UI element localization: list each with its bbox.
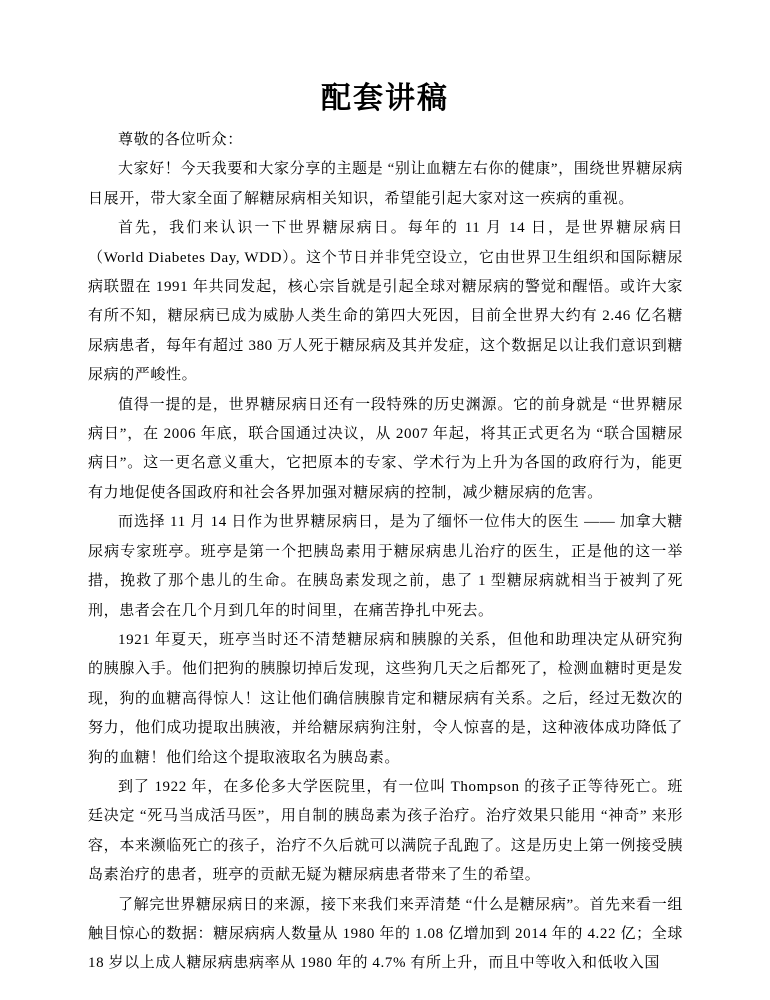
paragraph-salutation: 尊敬的各位听众： (88, 126, 683, 155)
document-title: 配套讲稿 (0, 0, 770, 116)
document-body: 尊敬的各位听众： 大家好！今天我要和大家分享的主题是 “别让血糖左右你的健康”，… (0, 116, 770, 979)
paragraph-what-is-diabetes: 了解完世界糖尿病日的来源，接下来我们来弄清楚 “什么是糖尿病”。首先来看一组触目… (88, 891, 683, 979)
paragraph-wdd-origin: 首先，我们来认识一下世界糖尿病日。每年的 11 月 14 日，是世界糖尿病日（W… (88, 214, 683, 390)
paragraph-un-rename: 值得一提的是，世界糖尿病日还有一段特殊的历史渊源。它的前身就是 “世界糖尿病日”… (88, 391, 683, 509)
paragraph-1922-thompson: 到了 1922 年，在多伦多大学医院里，有一位叫 Thompson 的孩子正等待… (88, 773, 683, 891)
paragraph-banting: 而选择 11 月 14 日作为世界糖尿病日，是为了缅怀一位伟大的医生 —— 加拿… (88, 508, 683, 626)
document-page: 配套讲稿 尊敬的各位听众： 大家好！今天我要和大家分享的主题是 “别让血糖左右你… (0, 0, 770, 1000)
paragraph-intro: 大家好！今天我要和大家分享的主题是 “别让血糖左右你的健康”，围绕世界糖尿病日展… (88, 155, 683, 214)
paragraph-1921-experiment: 1921 年夏天，班亭当时还不清楚糖尿病和胰腺的关系，但他和助理决定从研究狗的胰… (88, 626, 683, 773)
